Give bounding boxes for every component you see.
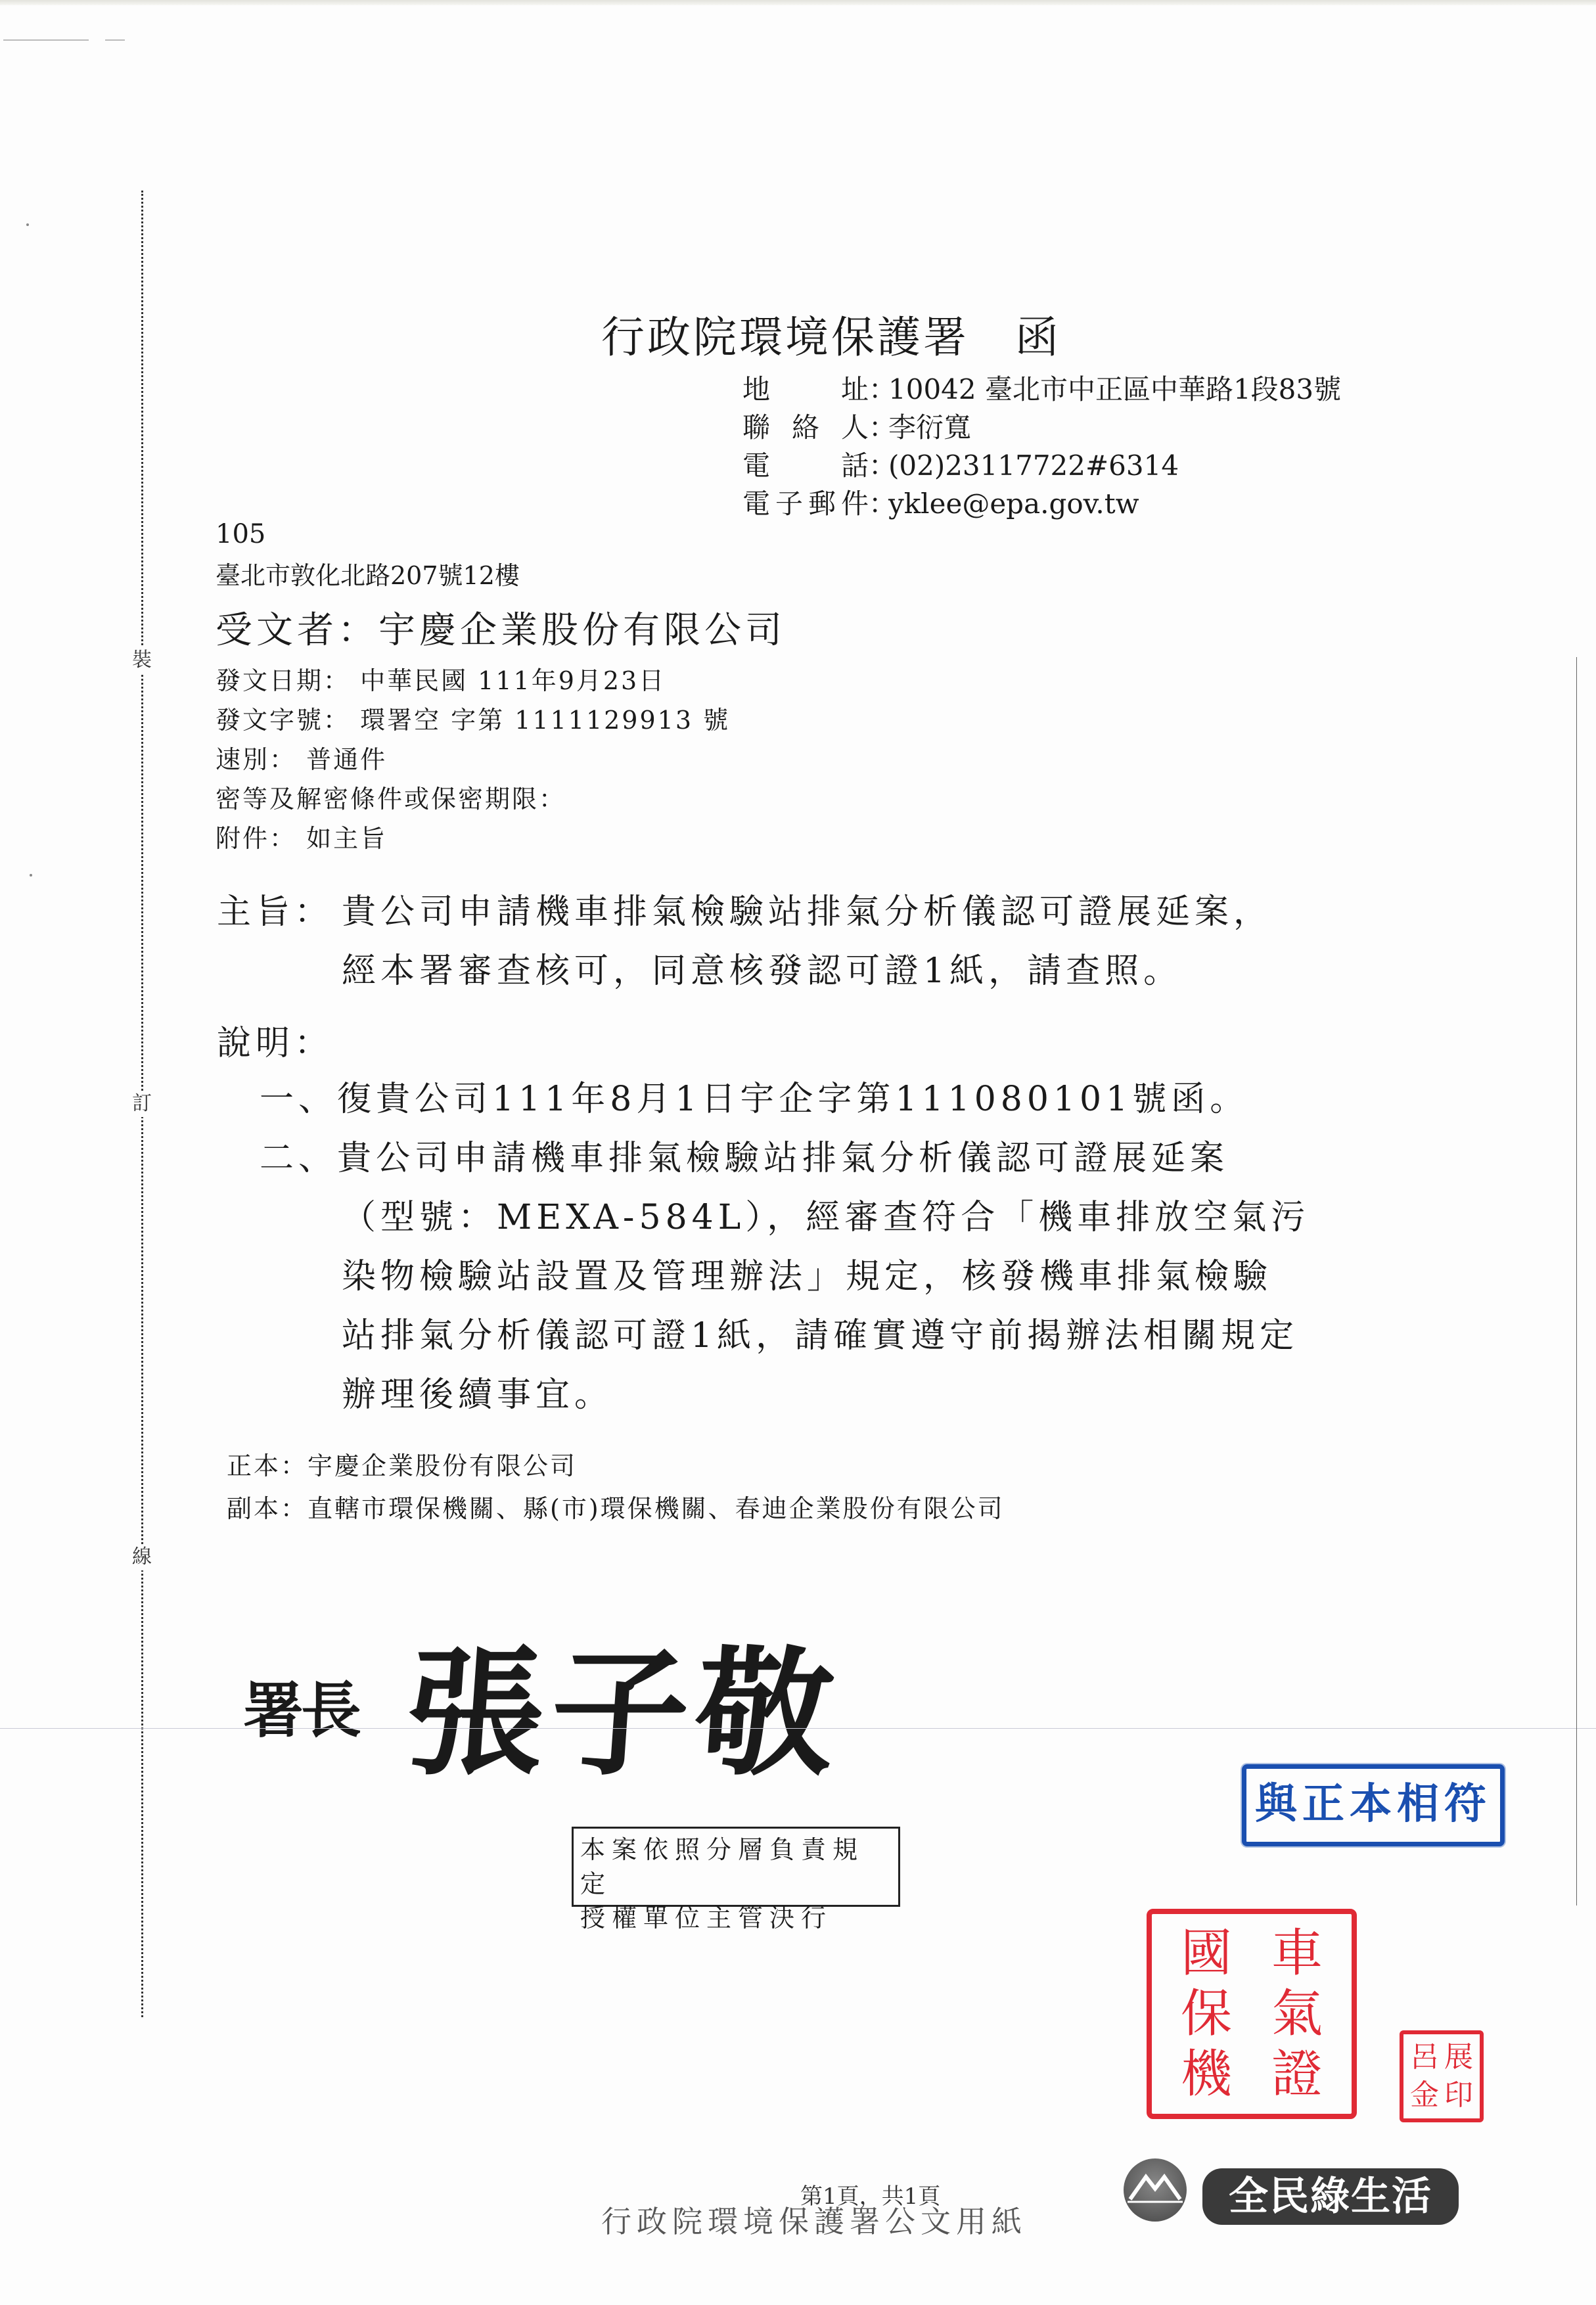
recipient-name: 宇慶企業股份有限公司 bbox=[378, 609, 786, 652]
contact-value: (02)23117722#6314 bbox=[888, 449, 1179, 482]
item-continuation: （型號：MEXA-584L），經審查符合「機車排放空氣污 bbox=[342, 1189, 1310, 1239]
explanation-item-2: 二、貴公司申請機車排氣檢驗站排氣分析儀認可證展延案 bbox=[260, 1130, 1229, 1179]
seal-char: 機 bbox=[1161, 2044, 1252, 2105]
confidentiality: 密等及解密條件或保密期限： bbox=[216, 779, 566, 815]
recipient-address: 臺北市敦化北路207號12樓 bbox=[216, 555, 520, 591]
seal-char: 證 bbox=[1252, 2044, 1342, 2105]
delegation-line: 本案依照分層負責規定 bbox=[580, 1833, 892, 1901]
binding-char-xian: 線 bbox=[129, 1544, 155, 1570]
subject-line: 經本署審查核可，同意核發認可證1紙，請查照。 bbox=[342, 943, 1182, 992]
paper-label: 行政院環境保護署公文用紙 bbox=[601, 2198, 1027, 2241]
contact-person: 聯絡人：李衍寬 bbox=[742, 406, 971, 445]
contact-email: 電子郵件：yklee@epa.gov.tw bbox=[742, 482, 1139, 522]
explanation-label: 說明： bbox=[217, 1015, 333, 1064]
subject-line: 貴公司申請機車排氣檢驗站排氣分析儀認可證展延案， bbox=[342, 884, 1272, 933]
signature-title: 署長 bbox=[243, 1662, 359, 1749]
seal-char: 車 bbox=[1252, 1923, 1342, 1984]
copy-recipients: 副本：直轄市環保機關、縣(市)環保機關、春迪企業股份有限公司 bbox=[227, 1488, 1005, 1524]
item-continuation: 辦理後續事宜。 bbox=[342, 1367, 613, 1416]
document-title: 行政院環境保護署 函 bbox=[601, 302, 1061, 365]
delegation-line: 授權單位主管決行 bbox=[580, 1901, 892, 1935]
contact-value[interactable]: yklee@epa.gov.tw bbox=[888, 488, 1139, 520]
seal-char: 國 bbox=[1161, 1923, 1252, 1984]
contact-label: 地址 bbox=[742, 368, 869, 407]
contact-label: 電話 bbox=[742, 444, 869, 484]
scan-edge-line bbox=[1576, 657, 1577, 1906]
urgency: 速別： 普通件 bbox=[216, 739, 387, 775]
attachments: 附件： 如主旨 bbox=[216, 818, 387, 854]
official-seal: 國 保 機 車 氣 證 bbox=[1147, 1909, 1357, 2119]
contact-address: 地址：10042 臺北市中正區中華路1段83號 bbox=[742, 368, 1341, 407]
contact-label: 聯絡人 bbox=[742, 406, 869, 445]
contact-label: 電子郵件 bbox=[742, 482, 869, 522]
seal-char: 金 bbox=[1407, 2076, 1442, 2114]
item-text: 貴公司申請機車排氣檢驗站排氣分析儀認可證展延案 bbox=[337, 1139, 1229, 1178]
contact-value: 10042 臺北市中正區中華路1段83號 bbox=[888, 373, 1341, 405]
scan-edge bbox=[0, 0, 1596, 5]
contact-value: 李衍寬 bbox=[888, 411, 971, 444]
item-number: 一、 bbox=[260, 1080, 337, 1119]
delegation-box: 本案依照分層負責規定 授權單位主管決行 bbox=[572, 1827, 900, 1907]
green-life-logo-icon bbox=[1124, 2158, 1187, 2222]
subject-label: 主旨： bbox=[217, 884, 333, 933]
issue-number: 發文字號： 環署空 字第 1111129913 號 bbox=[216, 700, 730, 736]
binding-char-zhuang: 裝 bbox=[129, 647, 155, 673]
signature-name: 張子敬 bbox=[400, 1603, 848, 1802]
seal-char: 展 bbox=[1442, 2038, 1476, 2076]
seal-char: 保 bbox=[1161, 1984, 1252, 2044]
recipient-label: 受文者： bbox=[216, 609, 378, 652]
green-life-logo-text: 全民綠生活 bbox=[1202, 2168, 1459, 2225]
contact-phone: 電話：(02)23117722#6314 bbox=[742, 444, 1179, 484]
item-continuation: 染物檢驗站設置及管理辦法」規定，核發機車排氣檢驗 bbox=[342, 1248, 1272, 1298]
seal-char: 氣 bbox=[1252, 1984, 1342, 2044]
recipient-postcode: 105 bbox=[216, 519, 265, 549]
scan-artifact bbox=[26, 223, 29, 226]
recipient-line: 受文者：宇慶企業股份有限公司 bbox=[216, 601, 786, 654]
original-recipient: 正本：宇慶企業股份有限公司 bbox=[227, 1446, 577, 1482]
seal-char: 印 bbox=[1442, 2076, 1476, 2114]
scan-fold-line bbox=[0, 1728, 1596, 1729]
seal-char: 呂 bbox=[1407, 2038, 1442, 2076]
item-number: 二、 bbox=[260, 1139, 337, 1178]
binding-char-ding: 訂 bbox=[129, 1091, 155, 1117]
item-text: 復貴公司111年8月1日宇企字第111080101號函。 bbox=[337, 1080, 1248, 1119]
scan-artifact bbox=[30, 874, 32, 877]
item-continuation: 站排氣分析儀認可證1紙，請確實遵守前揭辦法相關規定 bbox=[342, 1308, 1298, 1357]
explanation-item-1: 一、復貴公司111年8月1日宇企字第111080101號函。 bbox=[260, 1071, 1248, 1120]
certified-copy-stamp: 與正本相符 bbox=[1242, 1764, 1505, 1846]
personal-seal: 呂 金 展 印 bbox=[1400, 2030, 1484, 2122]
scan-artifact bbox=[105, 39, 125, 41]
scan-artifact bbox=[3, 39, 89, 41]
issue-date: 發文日期： 中華民國 111年9月23日 bbox=[216, 660, 666, 696]
